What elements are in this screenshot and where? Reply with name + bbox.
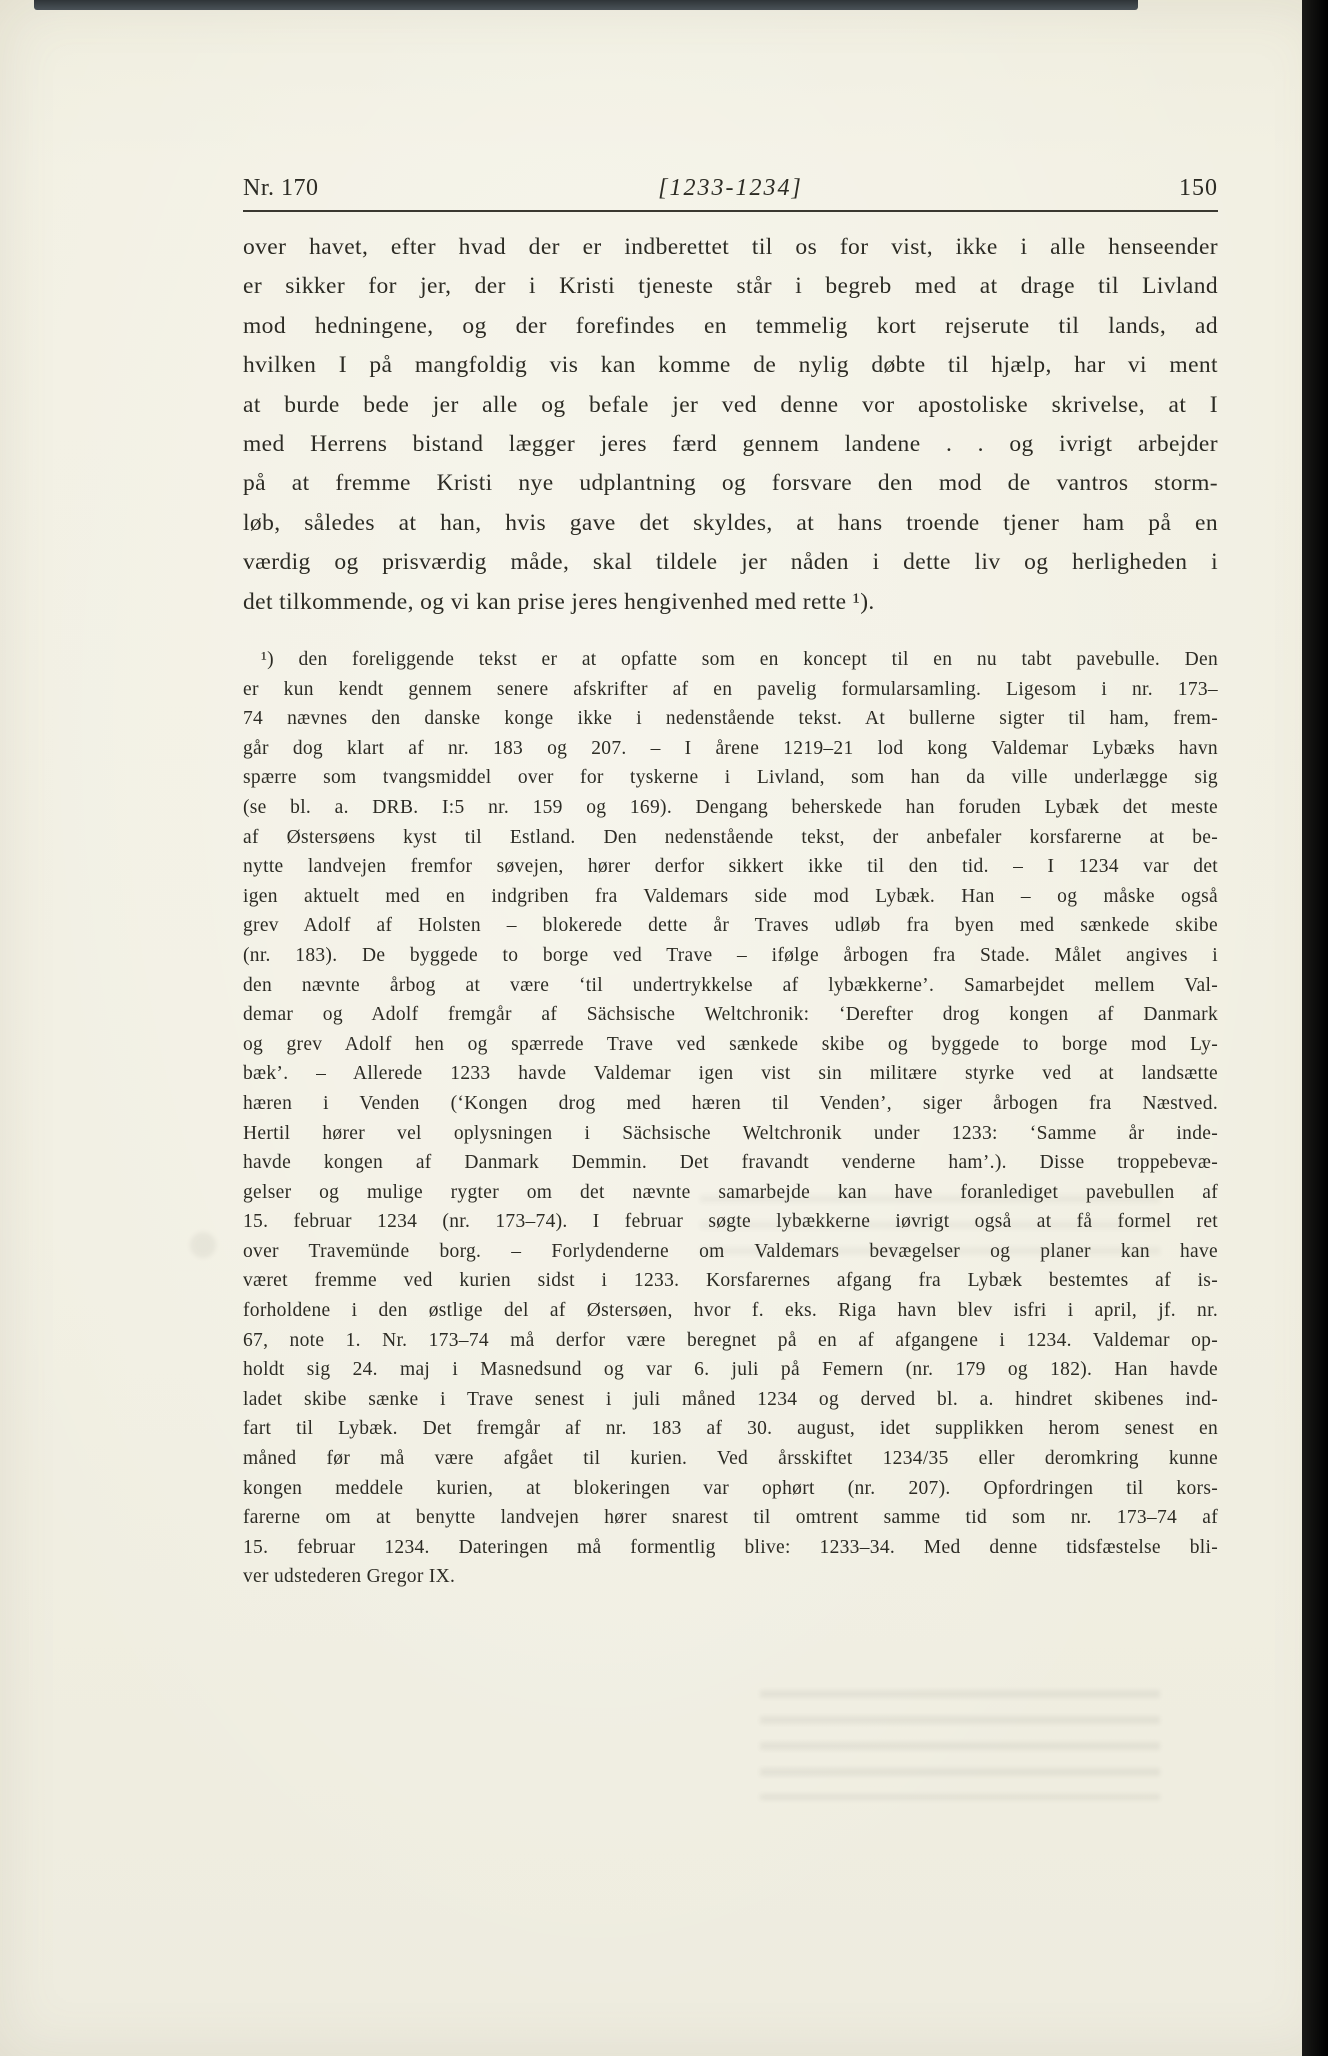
- text-line: igen aktuelt med en indgriben fra Valdem…: [243, 882, 1218, 912]
- page-number: 150: [1179, 175, 1218, 202]
- text-line: og grev Adolf hen og spærrede Trave ved …: [243, 1030, 1218, 1060]
- text-line: været fremme ved kurien sidst i 1233. Ko…: [243, 1266, 1218, 1296]
- text-line: at burde bede jer alle og befale jer ved…: [243, 386, 1218, 425]
- text-line: fart til Lybæk. Det fremgår af nr. 183 a…: [243, 1414, 1218, 1444]
- text-line: mod hedningene, og der forefindes en tem…: [243, 307, 1218, 346]
- text-line: holdt sig 24. maj i Masnedsund og var 6.…: [243, 1355, 1218, 1385]
- text-line: Hertil hører vel oplysningen i Sächsisch…: [243, 1119, 1218, 1149]
- scan-smudge-artifact: [190, 1232, 216, 1258]
- text-line: 74 nævnes den danske konge ikke i nedens…: [243, 704, 1218, 734]
- text-line: går dog klart af nr. 183 og 207. – I åre…: [243, 734, 1218, 764]
- text-line: den nævnte årbog at være ‘til undertrykk…: [243, 971, 1218, 1001]
- text-line: det tilkommende, og vi kan prise jeres h…: [243, 583, 1218, 622]
- text-line: løb, således at han, hvis gave det skyld…: [243, 504, 1218, 543]
- text-line: værdig og prisværdig måde, skal tildele …: [243, 543, 1218, 582]
- text-line: hæren i Venden (‘Kongen drog med hæren t…: [243, 1089, 1218, 1119]
- text-line: med Herrens bistand lægger jeres færd ge…: [243, 425, 1218, 464]
- text-line: er sikker for jer, der i Kristi tjeneste…: [243, 267, 1218, 306]
- text-line: ver udstederen Gregor IX.: [243, 1562, 1218, 1592]
- scan-edge-top-strip: [34, 0, 1138, 10]
- text-line: er kun kendt gennem senere afskrifter af…: [243, 675, 1218, 705]
- scan-edge-right-border: [1302, 0, 1328, 2056]
- text-line: kongen meddele kurien, at blokeringen va…: [243, 1474, 1218, 1504]
- text-line: over Travemünde borg. – Forlydenderne om…: [243, 1237, 1218, 1267]
- scanned-book-page: Nr. 170 [1233-1234] 150 over havet, efte…: [0, 0, 1328, 2056]
- text-line: grev Adolf af Holsten – blokerede dette …: [243, 911, 1218, 941]
- text-line: (nr. 183). De byggede to borge ved Trave…: [243, 941, 1218, 971]
- text-line: hvilken I på mangfoldig vis kan komme de…: [243, 346, 1218, 385]
- text-line: på at fremme Kristi nye udplantning og f…: [243, 464, 1218, 503]
- page-header: Nr. 170 [1233-1234] 150: [243, 160, 1218, 202]
- text-line: nytte landvejen fremfor søvejen, hører d…: [243, 852, 1218, 882]
- text-line: over havet, efter hvad der er indberette…: [243, 228, 1218, 267]
- footnote-block: ¹) den foreliggende tekst er at opfatte …: [243, 645, 1218, 1592]
- text-line: spærre som tvangsmiddel over for tyskern…: [243, 763, 1218, 793]
- text-line: havde kongen af Danmark Demmin. Det frav…: [243, 1148, 1218, 1178]
- text-line: måned før må være afgået til kurien. Ved…: [243, 1444, 1218, 1474]
- text-line: 67, note 1. Nr. 173–74 må derfor være be…: [243, 1326, 1218, 1356]
- bleed-through-artifact: [760, 1690, 1160, 1800]
- text-line: farerne om at benytte landvejen hører sn…: [243, 1503, 1218, 1533]
- text-line: 15. februar 1234 (nr. 173–74). I februar…: [243, 1207, 1218, 1237]
- text-line: demar og Adolf fremgår af Sächsische Wel…: [243, 1000, 1218, 1030]
- text-line: ladet skibe sænke i Trave senest i juli …: [243, 1385, 1218, 1415]
- text-line: ¹) den foreliggende tekst er at opfatte …: [243, 645, 1218, 675]
- text-line: af Østersøens kyst til Estland. Den nede…: [243, 823, 1218, 853]
- text-line: bæk’. – Allerede 1233 havde Valdemar ige…: [243, 1059, 1218, 1089]
- text-line: (se bl. a. DRB. I:5 nr. 159 og 169). Den…: [243, 793, 1218, 823]
- text-line: 15. februar 1234. Dateringen må formentl…: [243, 1533, 1218, 1563]
- main-text-paragraph: over havet, efter hvad der er indberette…: [243, 228, 1218, 622]
- header-rule: [243, 210, 1218, 212]
- text-line: forholdene i den østlige del af Østersøe…: [243, 1296, 1218, 1326]
- date-range: [1233-1234]: [243, 175, 1218, 202]
- text-line: gelser og mulige rygter om det nævnte sa…: [243, 1178, 1218, 1208]
